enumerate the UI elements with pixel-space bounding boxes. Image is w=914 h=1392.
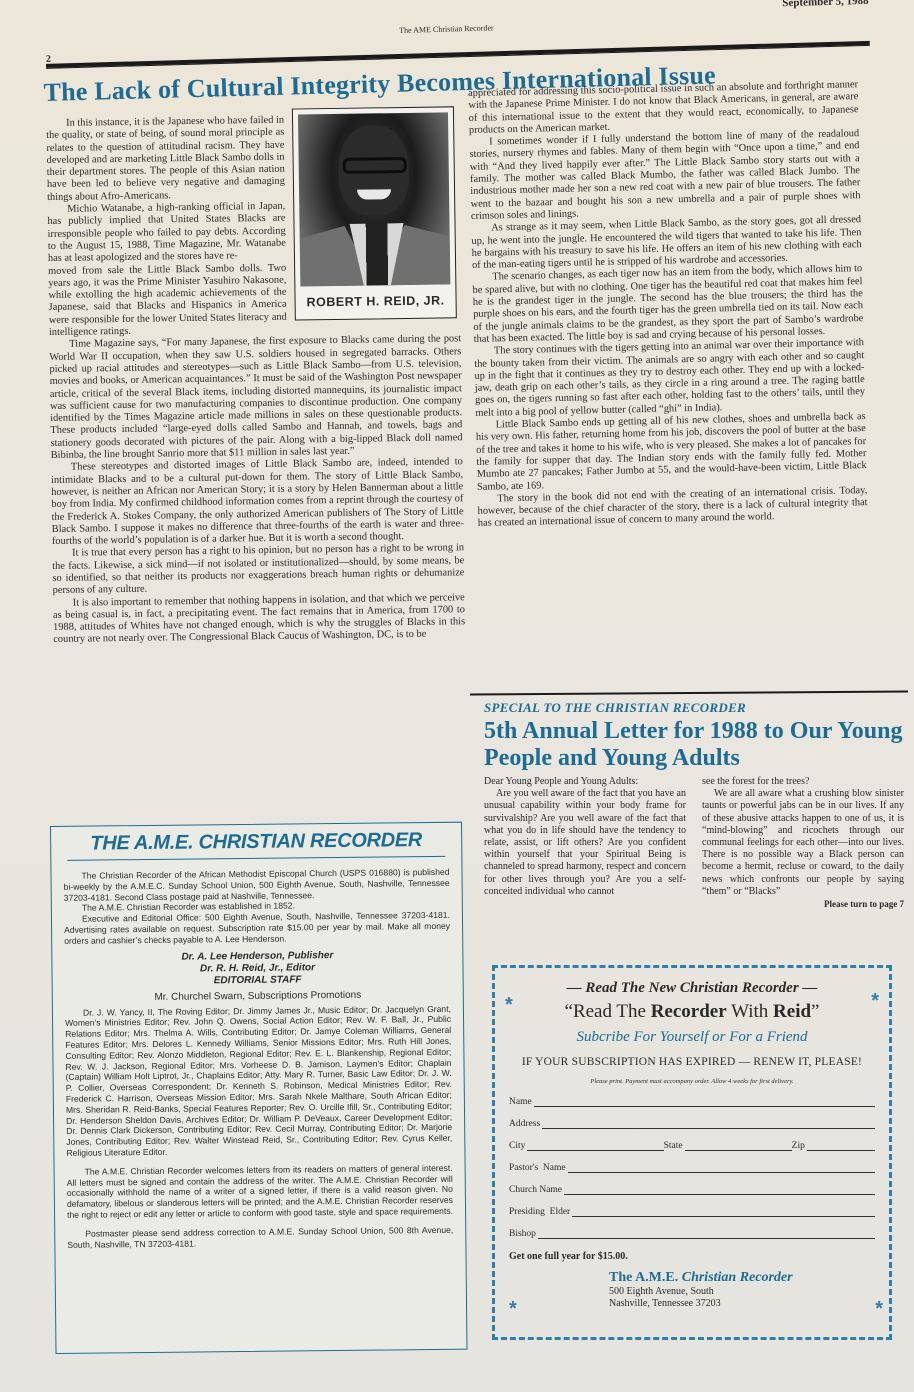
publication-name: The AME Christian Recorder [399, 23, 494, 35]
article-paragraph: Time Magazine says, “For many Japanese, … [49, 334, 463, 463]
promotions-line: Mr. Churchel Swarn, Subscriptions Promot… [65, 988, 451, 1004]
masthead: September 5, 1988 The AME Christian Reco… [39, 0, 870, 64]
staff-list: Dr. J. W. Yancy, II, The Roving Editor; … [65, 1003, 453, 1158]
coupon-brand: The A.M.E. Christian Recorder 500 Eighth… [609, 1270, 875, 1310]
article-paragraph: As strange as it may seem, when Little B… [471, 214, 862, 272]
section-divider [470, 690, 908, 695]
letter-salutation: Dear Young People and Young Adults: [484, 776, 686, 788]
coupon-offer: Get one full year for $15.00. [509, 1251, 875, 1262]
bishop-field[interactable]: Bishop [509, 1226, 875, 1239]
letter-paragraph: Are you well aware of the fact that you … [484, 788, 686, 898]
coupon-note: Please print. Payment must accompany ord… [509, 1078, 875, 1085]
asterisk-icon: * [505, 994, 513, 1017]
special-letter-section: SPECIAL TO THE CHRISTIAN RECORDER 5th An… [484, 700, 904, 910]
city-state-zip-row: City State Zip [509, 1138, 875, 1151]
staff-paragraph: Executive and Editorial Office: 500 Eigh… [64, 910, 450, 946]
author-photo [298, 112, 450, 286]
article-paragraph: These stereotypes and distorted images o… [51, 457, 464, 549]
photo-caption: ROBERT H. REID, JR. [301, 294, 451, 308]
postmaster-note: Postmaster please send address correctio… [67, 1225, 453, 1251]
state-field[interactable] [685, 1141, 792, 1151]
asterisk-icon: * [509, 1298, 517, 1321]
name-field[interactable]: Name [509, 1094, 875, 1107]
staff-box-title: THE A.M.E. CHRISTIAN RECORDER [67, 829, 445, 861]
continued-link[interactable]: Please turn to page 7 [702, 898, 904, 910]
article-paragraph: The story continues with the tigers gett… [474, 337, 866, 420]
article-paragraph: The scenario changes, as each tiger now … [472, 264, 864, 347]
letter-paragraph: see the forest for the trees? [702, 776, 904, 788]
special-headline: 5th Annual Letter for 1988 to Our Young … [484, 718, 904, 772]
coupon-subscribe-line: Subcribe For Yourself or For a Friend [509, 1029, 875, 1046]
letter-paragraph: We are all aware what a crushing blow si… [702, 788, 904, 898]
coupon-brand-name: The A.M.E. Christian Recorder [609, 1270, 875, 1286]
article-paragraph: The story in the book did not end with t… [477, 485, 868, 531]
asterisk-icon: * [871, 990, 879, 1013]
article-paragraph: It is true that every person has a right… [52, 543, 465, 598]
zip-field[interactable] [807, 1141, 875, 1151]
coupon-slogan: “Read The Recorder With Reid” [509, 1001, 875, 1023]
staff-paragraph: The Christian Recorder of the African Me… [63, 867, 449, 903]
article-paragraph: Little Black Sambo ends up getting all o… [476, 411, 868, 494]
city-field[interactable] [527, 1141, 663, 1151]
coupon-address-line1: 500 Eighth Avenue, South [609, 1286, 875, 1298]
city-label: City [509, 1141, 525, 1151]
article-right-column: appreciated for addressing this socio-po… [468, 79, 868, 530]
special-body: Dear Young People and Young Adults: Are … [484, 776, 904, 910]
presiding-elder-field[interactable]: Presiding Elder [509, 1204, 875, 1217]
zip-label: Zip [792, 1141, 805, 1151]
asterisk-icon: * [875, 1298, 883, 1321]
address-field[interactable]: Address [509, 1116, 875, 1129]
subscription-coupon: * * * * — Read The New Christian Recorde… [492, 965, 892, 1340]
coupon-address-line2: Nashville, Tennessee 37203 [609, 1298, 875, 1310]
article-left-column: ROBERT H. REID, JR. In this instance, it… [46, 112, 465, 646]
coupon-renew-line: IF YOUR SUBSCRIPTION HAS EXPIRED — RENEW… [509, 1056, 875, 1068]
letters-policy: The A.M.E. Christian Recorder welcomes l… [67, 1163, 454, 1221]
coupon-kicker: — Read The New Christian Recorder — [509, 980, 875, 997]
author-photo-box: ROBERT H. REID, JR. [292, 106, 457, 320]
pastor-name-field[interactable]: Pastor's Name [509, 1160, 875, 1173]
article-paragraph: I sometimes wonder if I fully understand… [469, 128, 861, 223]
church-name-field[interactable]: Church Name [509, 1182, 875, 1195]
issue-date: September 5, 1988 [782, 0, 869, 9]
special-kicker: SPECIAL TO THE CHRISTIAN RECORDER [484, 700, 904, 716]
state-label: State [664, 1141, 683, 1151]
staff-masthead-box: THE A.M.E. CHRISTIAN RECORDER The Christ… [50, 822, 468, 1354]
article-paragraph: appreciated for addressing this socio-po… [468, 79, 859, 137]
article-paragraph: It is also important to remember that no… [53, 592, 466, 647]
